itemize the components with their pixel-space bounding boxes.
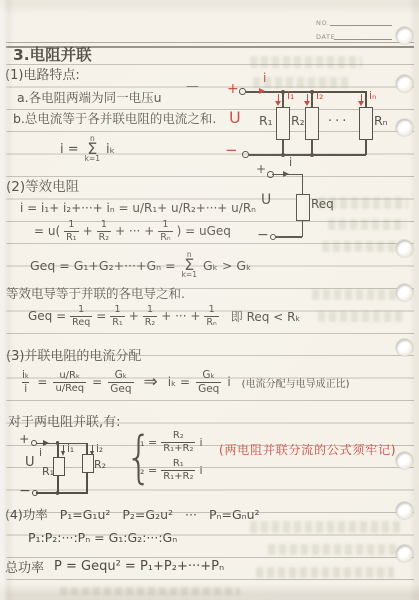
bleed-through bbox=[268, 544, 396, 555]
total-power-label: 总功率 bbox=[5, 557, 44, 576]
formula-part: = bbox=[37, 375, 47, 389]
fraction: 1Rₙ bbox=[204, 305, 218, 327]
fraction: R₂R₁+R₂ bbox=[161, 431, 195, 454]
power-formula-line: (4)功率 P₁=G₁u² P₂=G₂u² ··· Pₙ=Gₙu² bbox=[5, 505, 260, 523]
current-arrow-icon bbox=[259, 88, 265, 94]
fraction: GₖGeq bbox=[108, 370, 133, 394]
fraction: R₁R₁+R₂ bbox=[161, 459, 195, 482]
resistor-r2-label: R₂ bbox=[94, 459, 106, 472]
fraction: 1R₁ bbox=[110, 305, 124, 327]
formula-part: i bbox=[227, 375, 230, 389]
plus-terminal-label: + bbox=[256, 163, 266, 177]
fraction: 1R₂ bbox=[143, 305, 157, 327]
resistor-rn-label: Rₙ bbox=[374, 114, 388, 128]
bleed-through bbox=[256, 567, 394, 578]
total-power-line: 总功率 P = Gequ² = P₁+P₂+···+Pₙ bbox=[5, 557, 224, 576]
power-ratio-line: P₁:P₂:···:Pₙ = G₁:G₂:···:Gₙ bbox=[28, 531, 177, 545]
current-i-label: i bbox=[39, 447, 42, 459]
terminal-icon bbox=[242, 151, 249, 158]
sec2-line2-formula: = u( 1R₁ + 1R₂ + ··· + 1Rₙ ) = uGeq bbox=[34, 220, 231, 242]
bleed-through bbox=[312, 289, 406, 300]
sec2-heading: (2)等效电阻 bbox=[6, 180, 79, 196]
junction-dot bbox=[281, 90, 285, 94]
terminal-icon bbox=[267, 171, 274, 178]
current-division-formula: iₖi = u/Rₖu/Req = GₖGeq ⇒ iₖ = GₖGeq i (… bbox=[20, 370, 349, 394]
formula-part: P₁=G₁u² bbox=[60, 507, 111, 522]
formula-part: i₁ = bbox=[137, 436, 157, 449]
wire bbox=[302, 174, 304, 195]
current-in-label: iₙ bbox=[369, 90, 376, 103]
binder-hole bbox=[396, 545, 413, 562]
current-arrow-icon bbox=[283, 171, 289, 177]
junction-dot bbox=[281, 153, 285, 157]
wire bbox=[249, 154, 366, 156]
division-formula-i2: i₂ = R₁R₁+R₂ i bbox=[137, 459, 203, 482]
formula-part: = bbox=[92, 375, 102, 389]
formula-part: i bbox=[199, 436, 202, 449]
no-label: NO. bbox=[316, 19, 330, 27]
minus-terminal-label: − bbox=[19, 483, 31, 499]
current-i-label: i bbox=[263, 72, 266, 86]
sec1-item-b: b.总电流等于各并联电阻的电流之和. bbox=[13, 112, 216, 126]
formula-part: i₂ = bbox=[137, 464, 157, 477]
sec3b-intro: 对于两电阻并联,有: bbox=[8, 416, 121, 431]
top-border-thin bbox=[6, 42, 414, 43]
current-i1-label: i₁ bbox=[67, 443, 74, 455]
formula-part: + bbox=[83, 224, 93, 238]
voltage-u-label: U bbox=[261, 192, 271, 208]
bleed-through bbox=[253, 77, 349, 88]
formula-part: + bbox=[129, 309, 139, 323]
sec1-item-a: a.各电阻两端为同一电压u bbox=[17, 91, 162, 105]
sec4-heading: (4)功率 bbox=[5, 505, 48, 523]
notebook-page: NO. DATE 3.电阻并联 (1)电路特点: a.各电阻两端为同一电压u b… bbox=[0, 0, 419, 600]
current-arrow-icon bbox=[43, 440, 49, 446]
wire bbox=[276, 236, 302, 238]
branch-arrow-head bbox=[275, 101, 281, 106]
terminal-icon bbox=[239, 88, 246, 95]
formula-part: Gₖ > Gₖ bbox=[203, 258, 251, 273]
fraction: 1R₂ bbox=[97, 220, 111, 242]
red-memo-note: (两电阻并联分流的公式须牢记) bbox=[219, 444, 396, 458]
formula-part: Geq = bbox=[28, 309, 66, 323]
formula-part: iₖ = bbox=[168, 375, 190, 389]
junction-dot bbox=[310, 90, 314, 94]
resistor-box bbox=[53, 457, 65, 476]
resistor-req-label: Req bbox=[311, 198, 334, 212]
formula-part: = u( bbox=[34, 224, 60, 238]
fraction: 1Req bbox=[70, 305, 92, 327]
date-line bbox=[334, 39, 392, 40]
minus-terminal-label: − bbox=[257, 227, 269, 243]
formula-part: ) = uGeq bbox=[177, 224, 231, 238]
terminal-icon bbox=[270, 234, 277, 241]
bleed-through bbox=[328, 219, 406, 230]
implies-arrow: ⇒ bbox=[144, 372, 158, 392]
sec3-heading: (3)并联电阻的电流分配 bbox=[6, 350, 141, 365]
bleed-through bbox=[322, 241, 406, 252]
current-i1-label: i₁ bbox=[287, 90, 294, 103]
current-i-label: i bbox=[289, 156, 292, 169]
fraction: u/Rₖu/Req bbox=[53, 371, 86, 394]
sec1-heading: (1)电路特点: bbox=[5, 69, 80, 84]
division-formula-i1: i₁ = R₂R₁+R₂ i bbox=[137, 431, 203, 454]
bleed-through bbox=[60, 587, 240, 595]
no-line bbox=[330, 25, 392, 26]
formula-lhs: i = bbox=[60, 142, 79, 157]
fraction: GₖGeq bbox=[196, 370, 221, 394]
sigma-notation: n Σ k=1 bbox=[182, 252, 197, 278]
branch-arrow-head bbox=[304, 101, 310, 106]
wire bbox=[36, 492, 88, 494]
binder-hole bbox=[396, 240, 413, 257]
bleed-through bbox=[250, 56, 362, 68]
junction-dot bbox=[56, 491, 60, 495]
resistor-box bbox=[359, 107, 373, 140]
sec3-note: (电流分配与电导成正比) bbox=[242, 375, 350, 390]
current-i2-label: i₂ bbox=[316, 90, 323, 103]
formula-part: + ··· + bbox=[161, 309, 200, 323]
formula-term: iₖ bbox=[106, 142, 115, 157]
date-label: DATE bbox=[316, 33, 335, 41]
branch-arrow-head bbox=[61, 451, 65, 456]
resistor-box bbox=[276, 107, 290, 140]
resistor-r2-label: R₂ bbox=[291, 114, 305, 128]
formula-part: P = Gequ² = P₁+P₂+···+Pₙ bbox=[54, 559, 224, 574]
wire bbox=[302, 219, 304, 237]
terminal-icon bbox=[32, 490, 38, 496]
binder-hole bbox=[396, 27, 413, 44]
binder-hole bbox=[396, 75, 413, 92]
plus-terminal-label: + bbox=[19, 432, 29, 446]
fraction: iₖi bbox=[20, 370, 31, 394]
plus-terminal-label: + bbox=[227, 81, 239, 97]
sec2-line1: i = i₁+ i₂+···+ iₙ = u/R₁+ u/R₂+···+ u/R… bbox=[20, 202, 256, 216]
formula-part: P₂=G₂u² bbox=[122, 507, 173, 522]
page-title: 3.电阻并联 bbox=[13, 47, 92, 65]
binder-hole bbox=[396, 452, 413, 469]
resistor-box bbox=[296, 194, 311, 221]
resistor-r1-label: R₁ bbox=[259, 114, 273, 128]
minus-terminal-label: − bbox=[225, 142, 238, 159]
binder-hole bbox=[396, 502, 413, 519]
binder-hole bbox=[396, 284, 413, 301]
junction-dot bbox=[56, 441, 60, 445]
binder-hole bbox=[396, 339, 413, 356]
resistor-r1-label: R₁ bbox=[42, 466, 54, 479]
binder-hole bbox=[396, 119, 413, 136]
voltage-u-label: U bbox=[229, 109, 241, 127]
junction-dot bbox=[310, 153, 314, 157]
formula-part: i bbox=[199, 464, 202, 477]
branch-arrow-head bbox=[358, 101, 364, 106]
ellipsis: ··· bbox=[328, 115, 349, 130]
fraction: 1Rₙ bbox=[158, 220, 172, 242]
ellipsis: ··· bbox=[185, 507, 197, 522]
sigma-notation: n Σ k=1 bbox=[85, 136, 100, 162]
bleed-through bbox=[250, 521, 400, 533]
fraction: 1R₁ bbox=[64, 220, 78, 242]
formula-part: 即 Req < Rₖ bbox=[231, 308, 301, 325]
current-i2-label: i₂ bbox=[96, 443, 103, 455]
formula-part: = bbox=[96, 309, 106, 323]
reciprocal-formula: Geq = 1Req = 1R₁ + 1R₂ + ··· + 1Rₙ 即 Req… bbox=[28, 305, 301, 327]
sum-current-formula: i = n Σ k=1 iₖ bbox=[60, 136, 115, 162]
formula-part: Geq = G₁+G₂+···+Gₙ = bbox=[30, 258, 176, 273]
resistor-box bbox=[82, 454, 94, 473]
formula-part: + ··· + bbox=[115, 224, 154, 238]
voltage-u-label: U bbox=[25, 456, 35, 471]
bleed-through bbox=[318, 311, 404, 322]
resistor-box bbox=[305, 107, 319, 140]
sec2-note: 等效电导等于并联的各电导之和. bbox=[6, 287, 185, 301]
stray-dash: — bbox=[186, 80, 199, 95]
formula-part: Pₙ=Gₙu² bbox=[209, 507, 260, 522]
conductance-sum-formula: Geq = G₁+G₂+···+Gₙ = n Σ k=1 Gₖ > Gₖ bbox=[30, 252, 251, 278]
